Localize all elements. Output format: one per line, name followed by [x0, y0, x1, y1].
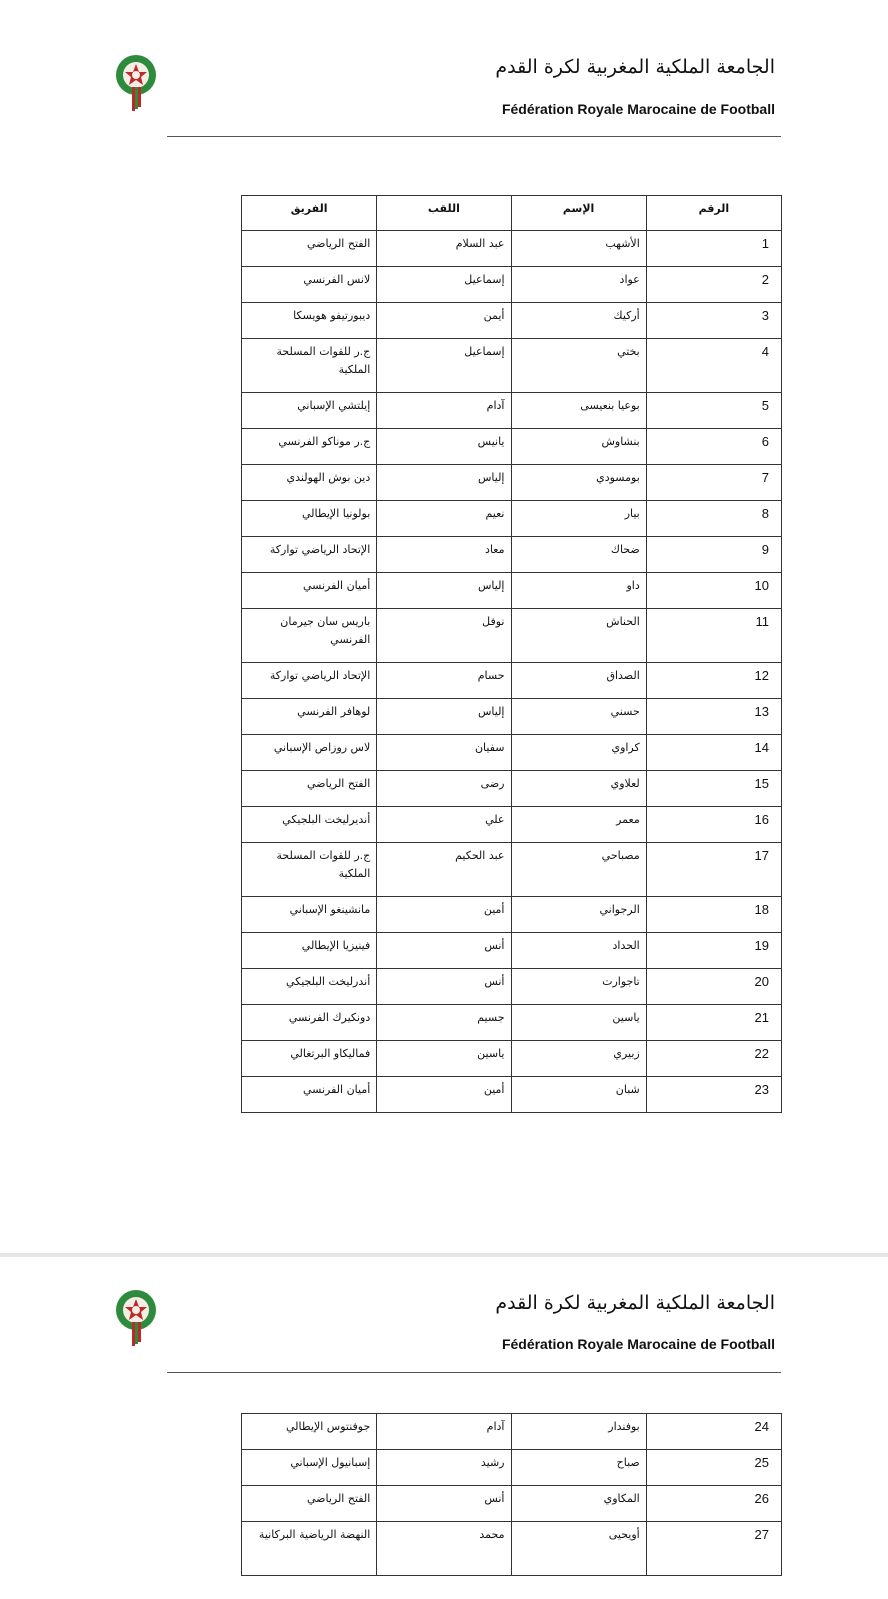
player-number: 9	[646, 537, 781, 573]
player-first-name: معاد	[377, 537, 511, 573]
player-club: باريس سان جيرمان الفرنسي	[242, 609, 377, 663]
player-first-name: إلياس	[377, 465, 511, 501]
player-number: 13	[646, 699, 781, 735]
player-number-value: 9	[647, 541, 781, 559]
player-number-value: 22	[647, 1045, 781, 1063]
player-first-name: إسماعيل	[377, 267, 511, 303]
column-header-team: الفريق	[242, 196, 377, 231]
player-club: بولونيا الإيطالي	[242, 501, 377, 537]
player-number: 17	[646, 843, 781, 897]
table-row: 1الأشهبعبد السلامالفتح الرياضي	[242, 231, 782, 267]
player-club: لاس روزاص الإسباني	[242, 735, 377, 771]
player-number-value: 26	[647, 1490, 781, 1508]
player-first-name: حسام	[377, 663, 511, 699]
player-number: 25	[646, 1450, 781, 1486]
player-name: ياسين	[511, 1005, 646, 1041]
federation-french-title: Fédération Royale Marocaine de Football	[502, 101, 775, 117]
player-club: جوفنتوس الإيطالي	[242, 1414, 377, 1450]
player-name: الصداق	[511, 663, 646, 699]
player-number: 24	[646, 1414, 781, 1450]
player-number-value: 24	[647, 1418, 781, 1436]
player-first-name: آدام	[377, 1414, 511, 1450]
player-number: 27	[646, 1522, 781, 1576]
player-club: لوهافر الفرنسي	[242, 699, 377, 735]
federation-french-title: Fédération Royale Marocaine de Football	[502, 1336, 775, 1352]
player-number: 21	[646, 1005, 781, 1041]
table-row: 24بوفندارآدامجوفنتوس الإيطالي	[242, 1414, 782, 1450]
frmf-crest-icon	[114, 1288, 158, 1348]
player-name: بومسودي	[511, 465, 646, 501]
column-header-name: الإسم	[511, 196, 646, 231]
player-name: الأشهب	[511, 231, 646, 267]
player-number: 18	[646, 897, 781, 933]
player-club: أندرليخت البلجيكي	[242, 969, 377, 1005]
player-number-value: 6	[647, 433, 781, 451]
table-row: 18الرجوانيأمينمانشينغو الإسباني	[242, 897, 782, 933]
player-name: شبان	[511, 1077, 646, 1113]
player-name: الحناش	[511, 609, 646, 663]
player-name: مصباحي	[511, 843, 646, 897]
federation-arabic-title: الجامعة الملكية المغربية لكرة القدم	[495, 1292, 775, 1314]
player-club: لانس الفرنسي	[242, 267, 377, 303]
player-number: 7	[646, 465, 781, 501]
table-row: 15لعلاويرضىالفتح الرياضي	[242, 771, 782, 807]
player-number: 1	[646, 231, 781, 267]
roster-body-page-1: 1الأشهبعبد السلامالفتح الرياضي2عوادإسماع…	[242, 231, 782, 1113]
player-club: إيلتشي الإسباني	[242, 393, 377, 429]
player-roster-table-continued: 24بوفندارآدامجوفنتوس الإيطالي25صباحرشيدإ…	[241, 1413, 782, 1576]
table-row: 9ضحاكمعادالإتحاد الرياضي تواركة	[242, 537, 782, 573]
player-first-name: ياسين	[377, 1041, 511, 1077]
player-number-value: 16	[647, 811, 781, 829]
player-name: بختي	[511, 339, 646, 393]
federation-arabic-title: الجامعة الملكية المغربية لكرة القدم	[495, 56, 775, 78]
player-club: مانشينغو الإسباني	[242, 897, 377, 933]
header-divider	[167, 136, 781, 137]
player-first-name: أيمن	[377, 303, 511, 339]
player-club: أميان الفرنسي	[242, 1077, 377, 1113]
player-number-value: 21	[647, 1009, 781, 1027]
table-row: 2عوادإسماعيللانس الفرنسي	[242, 267, 782, 303]
roster-body-page-2: 24بوفندارآدامجوفنتوس الإيطالي25صباحرشيدإ…	[242, 1414, 782, 1576]
player-number: 3	[646, 303, 781, 339]
player-first-name: نعيم	[377, 501, 511, 537]
player-number: 23	[646, 1077, 781, 1113]
player-name: معمر	[511, 807, 646, 843]
table-row: 20تاجوارتأنسأندرليخت البلجيكي	[242, 969, 782, 1005]
player-number-value: 27	[647, 1526, 781, 1544]
player-club: أميان الفرنسي	[242, 573, 377, 609]
player-number: 4	[646, 339, 781, 393]
player-number: 26	[646, 1486, 781, 1522]
column-header-number: الرقم	[646, 196, 781, 231]
player-name: أركيك	[511, 303, 646, 339]
player-number: 15	[646, 771, 781, 807]
player-club: فماليكاو البرتغالي	[242, 1041, 377, 1077]
player-number-value: 13	[647, 703, 781, 721]
player-first-name: إلياس	[377, 573, 511, 609]
player-number-value: 12	[647, 667, 781, 685]
player-first-name: أنس	[377, 969, 511, 1005]
table-row: 11الحناشنوفلباريس سان جيرمان الفرنسي	[242, 609, 782, 663]
player-number-value: 23	[647, 1081, 781, 1099]
player-number-value: 3	[647, 307, 781, 325]
player-number: 14	[646, 735, 781, 771]
table-row: 14كراويسفيانلاس روزاص الإسباني	[242, 735, 782, 771]
player-number-value: 19	[647, 937, 781, 955]
player-first-name: نوفل	[377, 609, 511, 663]
player-club: إسبانيول الإسباني	[242, 1450, 377, 1486]
player-number: 22	[646, 1041, 781, 1077]
player-first-name: رشيد	[377, 1450, 511, 1486]
player-club: ج.ر للقوات المسلحة الملكية	[242, 339, 377, 393]
player-club: دونكيرك الفرنسي	[242, 1005, 377, 1041]
player-name: بيار	[511, 501, 646, 537]
table-row: 7بومسوديإلياسدين بوش الهولندي	[242, 465, 782, 501]
player-name: بوفندار	[511, 1414, 646, 1450]
player-name: الرجواني	[511, 897, 646, 933]
table-row: 4بختيإسماعيلج.ر للقوات المسلحة الملكية	[242, 339, 782, 393]
player-number-value: 2	[647, 271, 781, 289]
player-first-name: إسماعيل	[377, 339, 511, 393]
player-number: 8	[646, 501, 781, 537]
table-row: 25صباحرشيدإسبانيول الإسباني	[242, 1450, 782, 1486]
player-first-name: عبد السلام	[377, 231, 511, 267]
player-number: 2	[646, 267, 781, 303]
document-page-1: الجامعة الملكية المغربية لكرة القدم Fédé…	[0, 0, 888, 1253]
table-header-row: الرقم الإسم اللقب الفريق	[242, 196, 782, 231]
table-row: 22زبيريياسينفماليكاو البرتغالي	[242, 1041, 782, 1077]
player-name: صباح	[511, 1450, 646, 1486]
player-number-value: 11	[647, 613, 781, 631]
player-first-name: أمين	[377, 1077, 511, 1113]
player-number: 20	[646, 969, 781, 1005]
table-row: 12الصداقحسامالإتحاد الرياضي تواركة	[242, 663, 782, 699]
player-first-name: محمد	[377, 1522, 511, 1576]
player-number: 6	[646, 429, 781, 465]
player-club: الفتح الرياضي	[242, 231, 377, 267]
player-name: حسني	[511, 699, 646, 735]
player-first-name: جسيم	[377, 1005, 511, 1041]
player-number: 16	[646, 807, 781, 843]
player-number-value: 18	[647, 901, 781, 919]
player-club: النهضة الرياضية البركانية	[242, 1522, 377, 1576]
table-row: 10داوإلياسأميان الفرنسي	[242, 573, 782, 609]
table-row: 21ياسينجسيمدونكيرك الفرنسي	[242, 1005, 782, 1041]
player-name: كراوي	[511, 735, 646, 771]
table-row: 8بيارنعيمبولونيا الإيطالي	[242, 501, 782, 537]
player-number-value: 5	[647, 397, 781, 415]
table-row: 13حسنيإلياسلوهافر الفرنسي	[242, 699, 782, 735]
table-row: 6بنشاوشيانيسج.ر موناكو الفرنسي	[242, 429, 782, 465]
player-name: تاجوارت	[511, 969, 646, 1005]
player-name: المكاوي	[511, 1486, 646, 1522]
player-club: الفتح الرياضي	[242, 771, 377, 807]
player-number-value: 14	[647, 739, 781, 757]
player-number: 5	[646, 393, 781, 429]
player-first-name: أمين	[377, 897, 511, 933]
player-club: ديبورتيفو هويسكا	[242, 303, 377, 339]
table-row: 3أركيكأيمنديبورتيفو هويسكا	[242, 303, 782, 339]
player-roster-table: الرقم الإسم اللقب الفريق 1الأشهبعبد السل…	[241, 195, 782, 1113]
player-number-value: 4	[647, 343, 781, 361]
player-name: الحداد	[511, 933, 646, 969]
table-row: 23شبانأمينأميان الفرنسي	[242, 1077, 782, 1113]
player-name: أويحيى	[511, 1522, 646, 1576]
frmf-crest-icon	[114, 53, 158, 113]
table-row: 19الحدادأنسفينيزيا الإيطالي	[242, 933, 782, 969]
player-club: ج.ر للقوات المسلحة الملكية	[242, 843, 377, 897]
player-club: فينيزيا الإيطالي	[242, 933, 377, 969]
player-club: الإتحاد الرياضي تواركة	[242, 663, 377, 699]
player-name: عواد	[511, 267, 646, 303]
player-number-value: 17	[647, 847, 781, 865]
player-first-name: يانيس	[377, 429, 511, 465]
table-row: 17مصباحيعبد الحكيمج.ر للقوات المسلحة الم…	[242, 843, 782, 897]
player-first-name: سفيان	[377, 735, 511, 771]
table-row: 5بوعيا بنعيسىآدامإيلتشي الإسباني	[242, 393, 782, 429]
player-number: 10	[646, 573, 781, 609]
table-row: 26المكاويأنسالفتح الرياضي	[242, 1486, 782, 1522]
player-first-name: أنس	[377, 1486, 511, 1522]
document-page-2: الجامعة الملكية المغربية لكرة القدم Fédé…	[0, 1257, 888, 1599]
player-name: لعلاوي	[511, 771, 646, 807]
player-first-name: إلياس	[377, 699, 511, 735]
player-club: دين بوش الهولندي	[242, 465, 377, 501]
player-name: بوعيا بنعيسى	[511, 393, 646, 429]
player-club: ج.ر موناكو الفرنسي	[242, 429, 377, 465]
player-number-value: 15	[647, 775, 781, 793]
player-club: أنديرليخت البلجيكي	[242, 807, 377, 843]
column-header-title: اللقب	[377, 196, 511, 231]
player-name: زبيري	[511, 1041, 646, 1077]
header-divider	[167, 1372, 781, 1373]
player-number-value: 7	[647, 469, 781, 487]
player-number: 12	[646, 663, 781, 699]
player-number: 11	[646, 609, 781, 663]
player-name: بنشاوش	[511, 429, 646, 465]
table-row: 27أويحيىمحمدالنهضة الرياضية البركانية	[242, 1522, 782, 1576]
player-club: الإتحاد الرياضي تواركة	[242, 537, 377, 573]
table-row: 16معمرعليأنديرليخت البلجيكي	[242, 807, 782, 843]
player-first-name: علي	[377, 807, 511, 843]
player-first-name: رضى	[377, 771, 511, 807]
player-number-value: 8	[647, 505, 781, 523]
player-number-value: 1	[647, 235, 781, 253]
player-number-value: 10	[647, 577, 781, 595]
player-name: ضحاك	[511, 537, 646, 573]
player-name: داو	[511, 573, 646, 609]
player-number: 19	[646, 933, 781, 969]
player-first-name: أنس	[377, 933, 511, 969]
player-first-name: عبد الحكيم	[377, 843, 511, 897]
player-number-value: 25	[647, 1454, 781, 1472]
player-first-name: آدام	[377, 393, 511, 429]
player-club: الفتح الرياضي	[242, 1486, 377, 1522]
player-number-value: 20	[647, 973, 781, 991]
